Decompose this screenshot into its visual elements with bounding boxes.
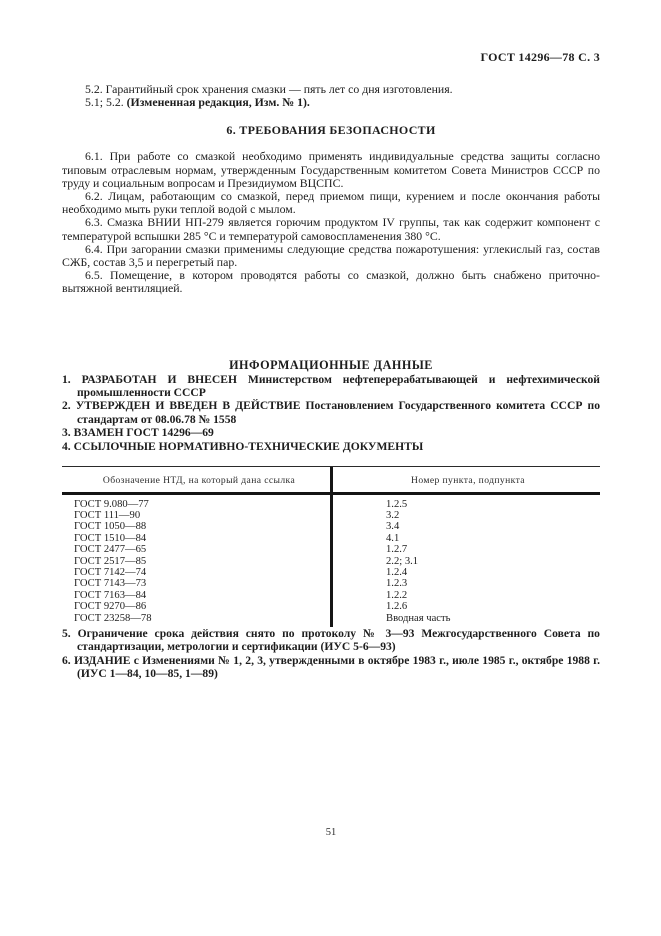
info-item-4: 4. ССЫЛОЧНЫЕ НОРМАТИВНО-ТЕХНИЧЕСКИЕ ДОКУ… — [62, 440, 600, 453]
info-item-4-number: 4. — [62, 440, 71, 453]
table-header-ntd: Обозначение НТД, на который дана ссылка — [62, 467, 336, 492]
table-cell-point: 1.2.7 — [330, 544, 600, 555]
table-cell-ntd: ГОСТ 2517—85 — [62, 556, 330, 567]
para-5-1-5-2: 5.1; 5.2. (Измененная редакция, Изм. № 1… — [62, 96, 600, 109]
info-item-1-text: РАЗРАБОТАН И ВНЕСЕН Министерством нефтеп… — [77, 373, 600, 399]
info-item-2: 2. УТВЕРЖДЕН И ВВЕДЕН В ДЕЙСТВИЕ Постано… — [62, 399, 600, 426]
document-page: ГОСТ 14296—78 С. 3 5.2. Гарантийный срок… — [0, 0, 661, 936]
table-cell-point: 1.2.5 — [330, 499, 600, 510]
info-item-1: 1. РАЗРАБОТАН И ВНЕСЕН Министерством неф… — [62, 373, 600, 400]
table-cell-ntd: ГОСТ 2477—65 — [62, 544, 330, 555]
table-cell-point: 1.2.6 — [330, 601, 600, 612]
info-item-1-number: 1. — [62, 373, 71, 386]
info-item-4-text: ССЫЛОЧНЫЕ НОРМАТИВНО-ТЕХНИЧЕСКИЕ ДОКУМЕН… — [74, 440, 424, 453]
table-cell-point: 4.1 — [330, 533, 600, 544]
table-cell-point: 1.2.3 — [330, 578, 600, 589]
table-cell-ntd: ГОСТ 23258—78 — [62, 613, 330, 624]
info-data-heading: ИНФОРМАЦИОННЫЕ ДАННЫЕ — [62, 358, 600, 373]
para-6-4: 6.4. При загорании смазки применимы след… — [62, 243, 600, 269]
info-item-3-text: ВЗАМЕН ГОСТ 14296—69 — [74, 426, 214, 439]
table-cell-ntd: ГОСТ 7143—73 — [62, 578, 330, 589]
table-cell-ntd: ГОСТ 7142—74 — [62, 567, 330, 578]
info-item-2-number: 2. — [62, 399, 71, 412]
table-cell-ntd: ГОСТ 9.080—77 — [62, 499, 330, 510]
table-cell-point: 3.2 — [330, 510, 600, 521]
para-6-1: 6.1. При работе со смазкой необходимо пр… — [62, 150, 600, 190]
info-item-6-number: 6. — [62, 654, 71, 667]
amendment-note: (Измененная редакция, Изм. № 1). — [127, 95, 310, 109]
info-item-5: 5. Ограничение срока действия снято по п… — [62, 627, 600, 654]
info-item-6: 6. ИЗДАНИЕ с Изменениями № 1, 2, 3, утве… — [62, 654, 600, 681]
table-cell-point: Вводная часть — [330, 613, 600, 624]
doc-header: ГОСТ 14296—78 С. 3 — [62, 50, 600, 65]
table-cell-ntd: ГОСТ 111—90 — [62, 510, 330, 521]
table-header-point: Номер пункта, подпункта — [336, 467, 600, 492]
page-content: 5.2. Гарантийный срок хранения смазки — … — [62, 83, 600, 681]
table-cell-point: 1.2.2 — [330, 590, 600, 601]
para-5-1-5-2-prefix: 5.1; 5.2. — [85, 95, 124, 109]
table-cell-point: 1.2.4 — [330, 567, 600, 578]
para-6-3: 6.3. Смазка ВНИИ НП-279 является горючим… — [62, 216, 600, 242]
info-item-5-text: Ограничение срока действия снято по прот… — [77, 627, 600, 653]
info-item-2-text: УТВЕРЖДЕН И ВВЕДЕН В ДЕЙСТВИЕ Постановле… — [76, 399, 600, 425]
section-6-heading: 6. ТРЕБОВАНИЯ БЕЗОПАСНОСТИ — [62, 123, 600, 138]
info-item-5-number: 5. — [62, 627, 71, 640]
page-number: 51 — [62, 827, 600, 838]
para-6-2: 6.2. Лицам, работающим со смазкой, перед… — [62, 190, 600, 216]
para-6-5: 6.5. Помещение, в котором проводятся раб… — [62, 269, 600, 295]
table-cell-ntd: ГОСТ 1050—88 — [62, 521, 330, 532]
table-cell-ntd: ГОСТ 1510—84 — [62, 533, 330, 544]
table-cell-point: 2.2; 3.1 — [330, 556, 600, 567]
table-cell-ntd: ГОСТ 7163—84 — [62, 590, 330, 601]
info-item-3-number: 3. — [62, 426, 71, 439]
table-cell-ntd: ГОСТ 9270—86 — [62, 601, 330, 612]
table-cell-point: 3.4 — [330, 521, 600, 532]
reference-table: Обозначение НТД, на который дана ссылка … — [62, 466, 600, 627]
table-column-divider — [330, 467, 333, 627]
info-item-3: 3. ВЗАМЕН ГОСТ 14296—69 — [62, 426, 600, 439]
info-item-6-text: ИЗДАНИЕ с Изменениями № 1, 2, 3, утвержд… — [74, 654, 600, 680]
